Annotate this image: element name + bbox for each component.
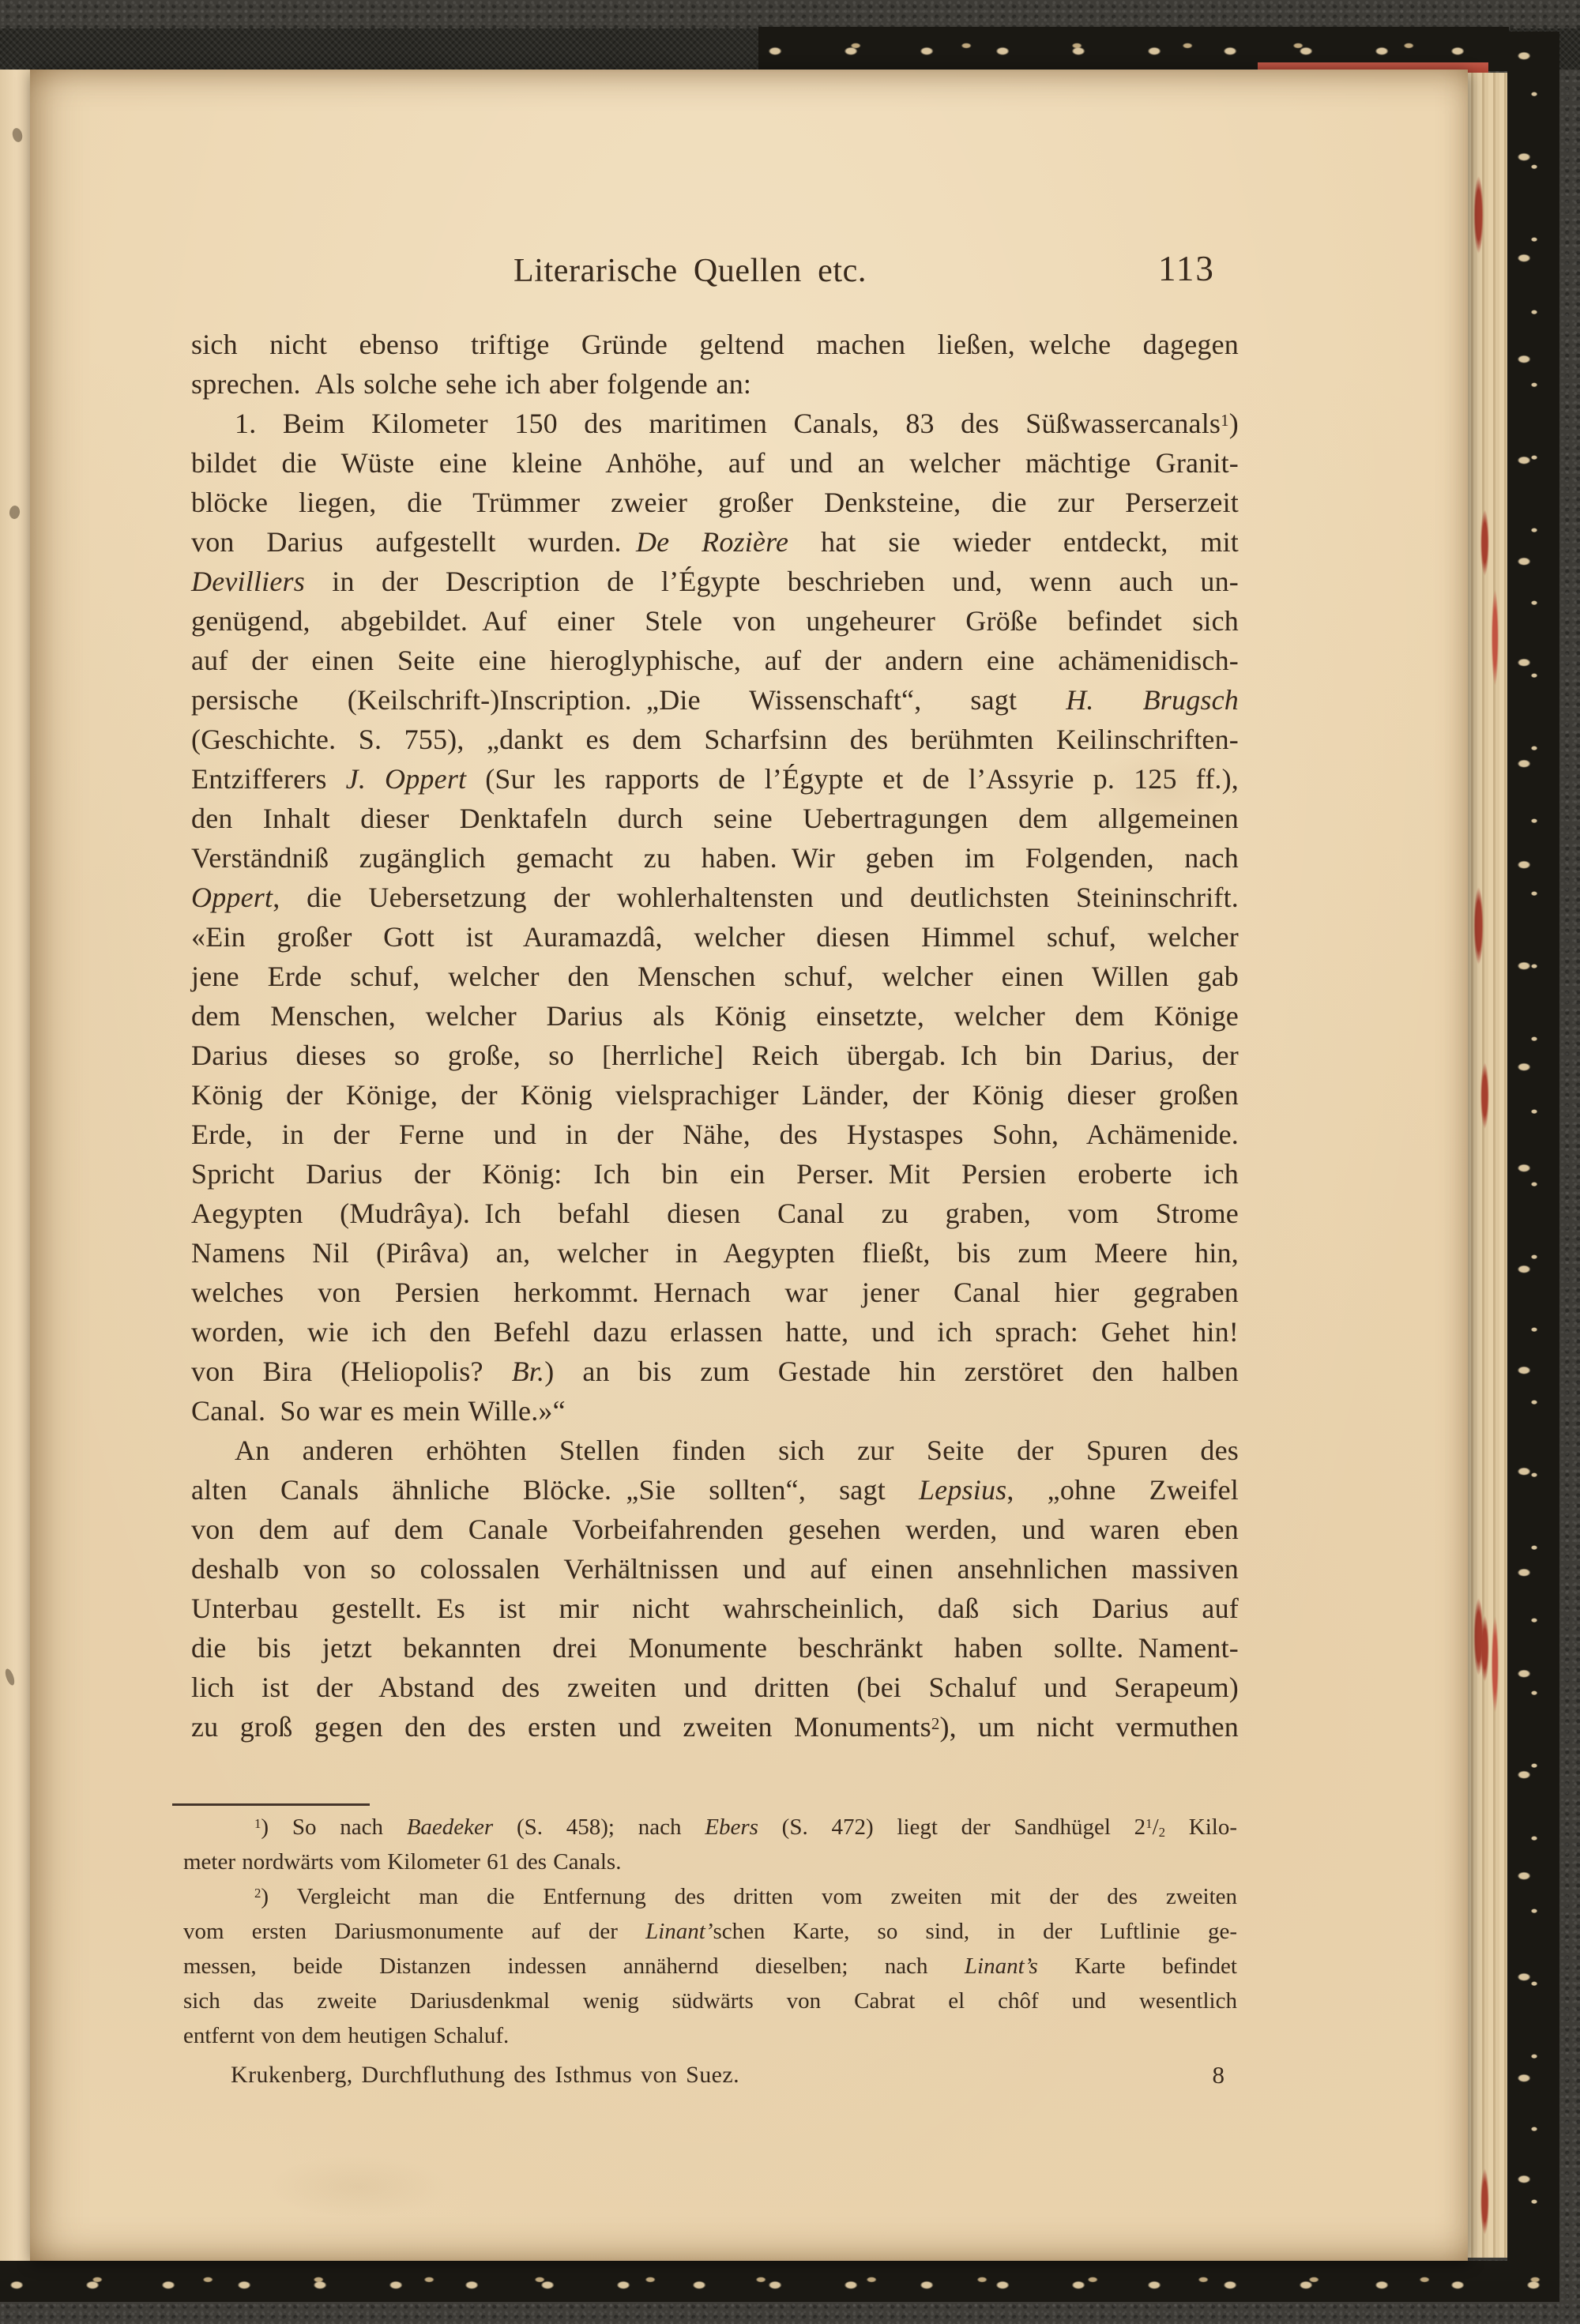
text-line: König der Könige, der König vielsprachig… — [191, 1078, 1239, 1118]
text-line: zu groß gegen den des ersten und zweiten… — [191, 1710, 1239, 1750]
text-line: 1. Beim Kilometer 150 des maritimen Cana… — [191, 407, 1239, 446]
text-line: (Geschichte. S. 755), „dankt es dem Scha… — [191, 723, 1239, 762]
page-stack-fore-edge — [1466, 73, 1507, 2258]
text-line: worden, wie ich den Befehl dazu erlassen… — [191, 1315, 1239, 1355]
book-signature: Krukenberg, Durchfluthung des Isthmus vo… — [231, 2062, 739, 2088]
footnotes: 1) So nach Baedeker (S. 458); nach Ebers… — [183, 1814, 1237, 2058]
footnote-line: meter nordwärts vom Kilometer 61 des Can… — [183, 1849, 1237, 1884]
text-line: Namens Nil (Pirâva) an, welcher in Aegyp… — [191, 1236, 1239, 1276]
text-line: An anderen erhöhten Stellen finden sich … — [191, 1434, 1239, 1473]
text-line: welches von Persien herkommt. Hernach wa… — [191, 1276, 1239, 1315]
footnote-line: entfernt von dem heutigen Schaluf. — [183, 2023, 1237, 2058]
footnote-line: sich das zweite Dariusdenkmal wenig südw… — [183, 1988, 1237, 2023]
text-line: jene Erde schuf, welcher den Menschen sc… — [191, 960, 1239, 999]
text-line: persische (Keilschrift-)Inscription. „Di… — [191, 683, 1239, 723]
body-text: sich nicht ebenso triftige Gründe gelten… — [191, 328, 1239, 1750]
text-line: von Darius aufgestellt wurden. De Rozièr… — [191, 525, 1239, 565]
paper-stain — [267, 2155, 449, 2218]
text-line: Unterbau gestellt. Es ist mir nicht wahr… — [191, 1592, 1239, 1631]
page-number: 113 — [1158, 250, 1215, 288]
text-line: Erde, in der Ferne und in der Nähe, des … — [191, 1118, 1239, 1157]
text-line: Devilliers in der Description de l’Égypt… — [191, 565, 1239, 604]
marbled-cover-edge-bottom — [0, 2261, 1559, 2302]
text-line: sprechen. Als solche sehe ich aber folge… — [191, 367, 1239, 407]
text-line: auf der einen Seite eine hieroglyphische… — [191, 644, 1239, 683]
book-page: Literarische Quellen etc. 113 sich nicht… — [30, 70, 1468, 2261]
text-line: blöcke liegen, die Trümmer zweier großer… — [191, 486, 1239, 525]
text-line: «Ein großer Gott ist Auramazdâ, welcher … — [191, 920, 1239, 960]
footnote-separator — [172, 1803, 370, 1806]
footnote-line: 1) So nach Baedeker (S. 458); nach Ebers… — [183, 1814, 1237, 1849]
text-line: Canal. So war es mein Wille.»“ — [191, 1394, 1239, 1434]
text-line: die bis jetzt bekannten drei Monumente b… — [191, 1631, 1239, 1671]
running-header-title: Literarische Quellen etc. — [513, 253, 867, 289]
text-line: sich nicht ebenso triftige Gründe gelten… — [191, 328, 1239, 367]
text-line: lich ist der Abstand des zweiten und dri… — [191, 1671, 1239, 1710]
text-line: dem Menschen, welcher Darius als König e… — [191, 999, 1239, 1039]
text-line: Spricht Darius der König: Ich bin ein Pe… — [191, 1157, 1239, 1197]
text-line: Oppert, die Uebersetzung der wohlerhalte… — [191, 881, 1239, 920]
footnote-line: messen, beide Distanzen indessen annäher… — [183, 1954, 1237, 1988]
sheet-number: 8 — [1213, 2059, 1225, 2091]
text-line: Verständniß zugänglich gemacht zu haben.… — [191, 841, 1239, 881]
text-line: genügend, abgebildet. Auf einer Stele vo… — [191, 604, 1239, 644]
footnote-line: 2) Vergleicht man die Entfernung des dri… — [183, 1884, 1237, 1919]
text-line: von Bira (Heliopolis? Br.) an bis zum Ge… — [191, 1355, 1239, 1394]
text-line: den Inhalt dieser Denktafeln durch seine… — [191, 802, 1239, 841]
footnote-line: vom ersten Dariusmonumente auf der Linan… — [183, 1919, 1237, 1954]
text-line: alten Canals ähnliche Blöcke. „Sie sollt… — [191, 1473, 1239, 1513]
scanned-book-spread: Literarische Quellen etc. 113 sich nicht… — [0, 0, 1580, 2324]
text-line: Aegypten (Mudrâya). Ich befahl diesen Ca… — [191, 1197, 1239, 1236]
text-line: von dem auf dem Canale Vorbeifahrenden g… — [191, 1513, 1239, 1552]
text-line: Entzifferers J. Oppert (Sur les rapports… — [191, 762, 1239, 802]
text-line: deshalb von so colossalen Verhältnissen … — [191, 1552, 1239, 1592]
marbled-cover-edge-right — [1507, 32, 1559, 2302]
page-footer: Krukenberg, Durchfluthung des Isthmus vo… — [191, 2059, 1239, 2091]
text-line: bildet die Wüste eine kleine Anhöhe, auf… — [191, 446, 1239, 486]
text-line: Darius dieses so große, so [herrliche] R… — [191, 1039, 1239, 1078]
